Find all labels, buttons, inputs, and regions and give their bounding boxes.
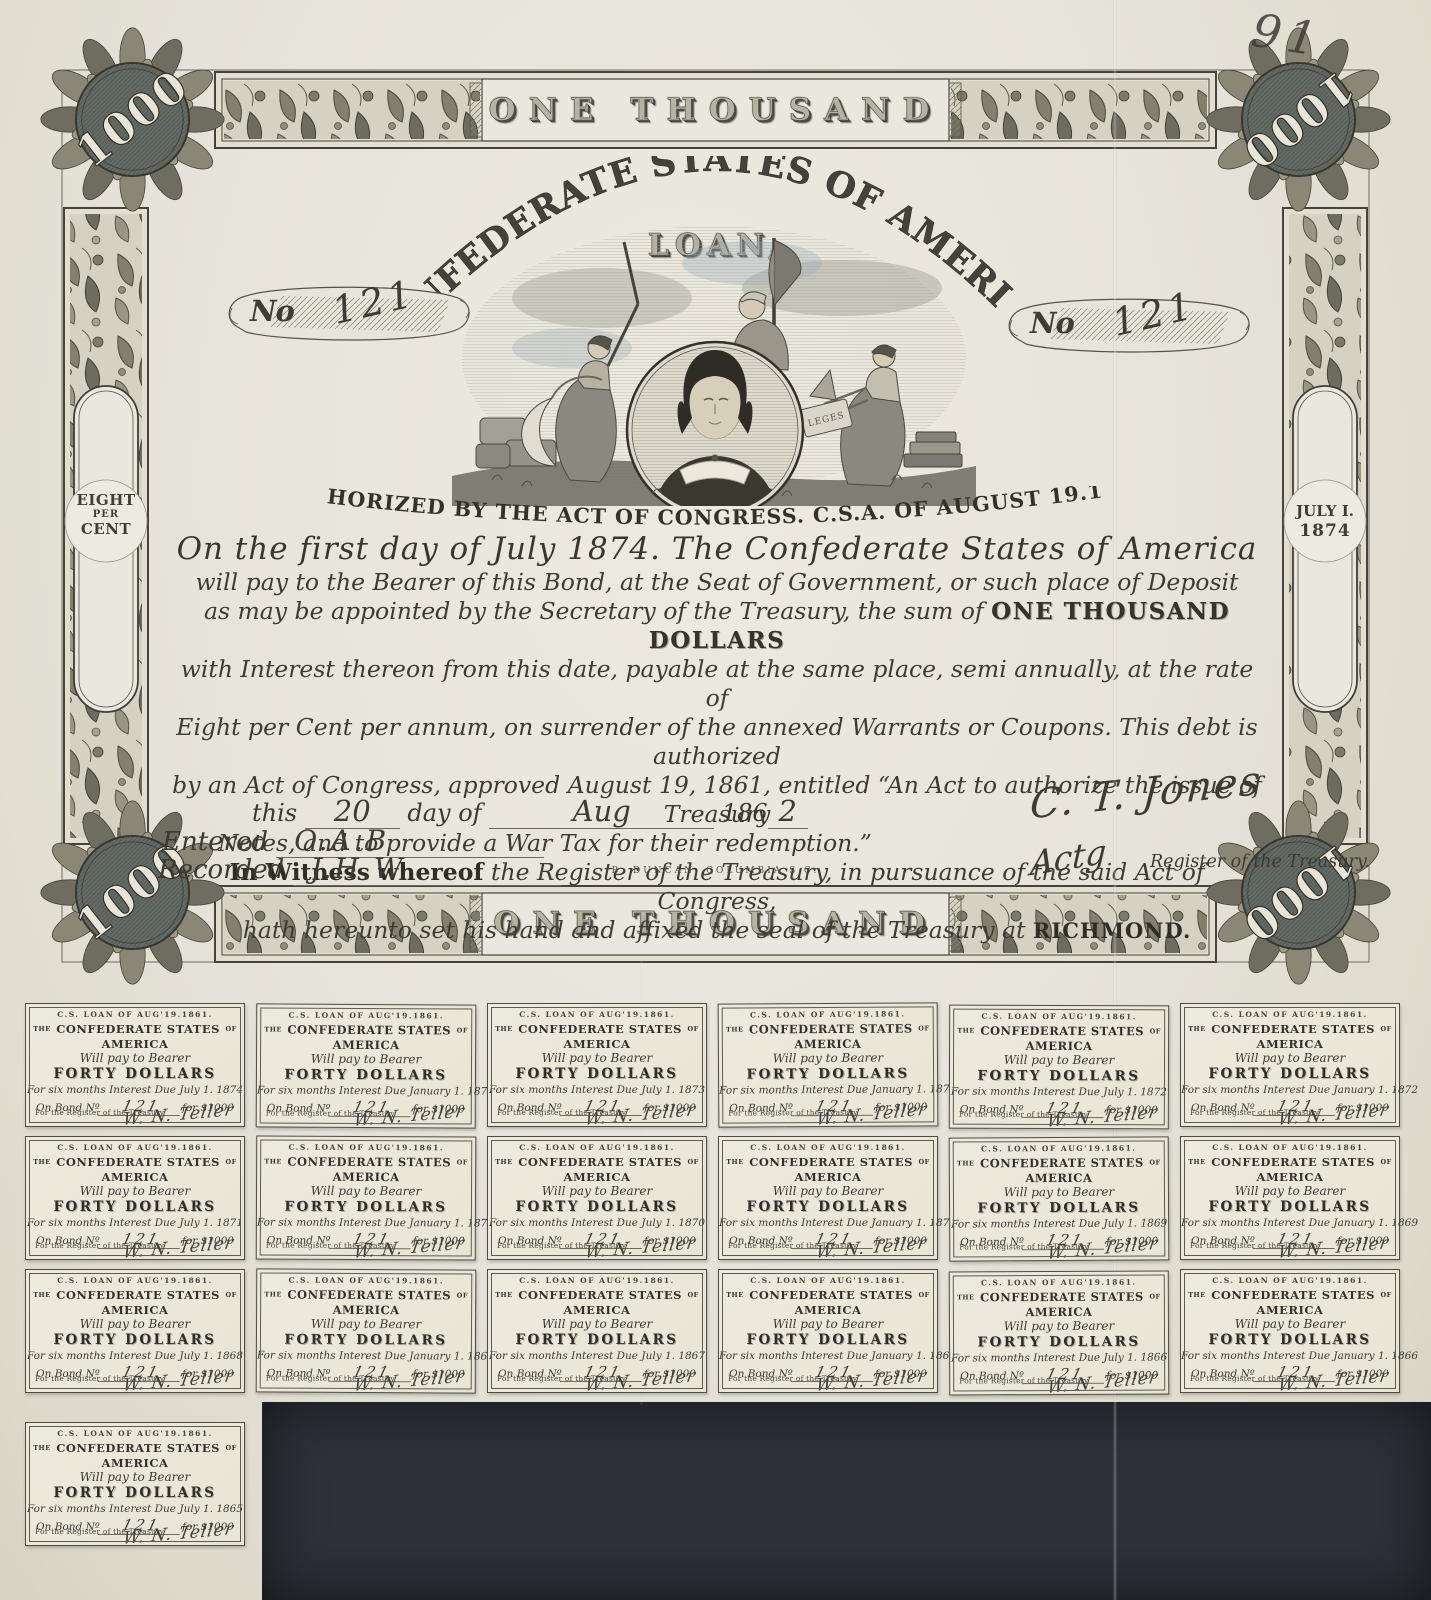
rate-line-3: CENT [74,521,138,538]
coupon: C.S. LOAN OF AUG'19.1861. THE CONFEDERAT… [487,1269,707,1393]
coupon-amount: FORTY DOLLARS [719,1332,937,1348]
coupon-title-end: AMERICA [333,1170,400,1184]
coupon-the: THE [726,1158,743,1166]
coupon-title-main: CONFEDERATE STATES [749,1288,913,1302]
coupon-amount: FORTY DOLLARS [257,1199,475,1216]
coupon-interest-line: For six months Interest Due July 1. 1867 [488,1350,706,1362]
obligation-line-2: will pay to the Bearer of this Bond, at … [172,568,1262,597]
coupon-interest-line: For six months Interest Due January 1. 1… [1181,1350,1399,1362]
coupon-pay-line: Will pay to Bearer [488,1184,706,1198]
coupon-title-end: AMERICA [1026,1039,1093,1053]
coupon-amount: FORTY DOLLARS [719,1065,937,1082]
coupon-interest-prefix: For six months Interest Due [489,1084,638,1096]
coupon-interest-prefix: For six months Interest Due [257,1349,406,1362]
coupon-title: THE CONFEDERATE STATES OF AMERICA [1181,1021,1399,1051]
authorized-text: AUTHORIZED BY THE ACT OF CONGRESS. C.S.A… [320,486,1104,530]
coupon-interest-prefix: For six months Interest Due [1181,1217,1330,1229]
obligation-line-3: as may be appointed by the Secretary of … [172,597,1262,655]
coupon-pay-line: Will pay to Bearer [26,1184,244,1198]
coupon-due-date: January 1. 1868 [409,1350,494,1362]
coupon-due-date: January 1. 1867 [871,1350,956,1362]
coupon-the: THE [957,1293,974,1301]
coupon-due-date: July 1. 1871 [179,1217,243,1229]
coupon-title-main: CONFEDERATE STATES [518,1155,682,1169]
coupon-due-date: July 1. 1865 [179,1503,243,1515]
coupon-interest-line: For six months Interest Due July 1. 1872 [950,1086,1168,1099]
year-printed: 186 [722,799,768,827]
coupon-the: THE [957,1159,974,1167]
coupon-title: THE CONFEDERATE STATES OF AMERICA [26,1440,244,1470]
coupon: C.S. LOAN OF AUG'19.1861. THE CONFEDERAT… [718,1002,939,1127]
coupon-interest-line: For six months Interest Due January 1. 1… [719,1350,937,1362]
coupon-pay-line: Will pay to Bearer [1181,1051,1399,1065]
coupon: C.S. LOAN OF AUG'19.1861. THE CONFEDERAT… [1180,1136,1400,1260]
coupon-of: OF [1149,1293,1160,1301]
coupon-the: THE [1188,1291,1205,1299]
coupon-due-date: July 1. 1870 [641,1217,705,1229]
coupon-pay-line: Will pay to Bearer [257,1051,475,1066]
coupon-amount: FORTY DOLLARS [488,1066,706,1082]
coupon-interest-prefix: For six months Interest Due [951,1218,1100,1231]
coupon-of: OF [457,1291,468,1299]
coupon-title-main: CONFEDERATE STATES [1211,1022,1375,1036]
coupon-title-main: CONFEDERATE STATES [56,1288,220,1302]
obligation-line-3-text: as may be appointed by the Secretary of … [204,597,984,625]
coupon-amount: FORTY DOLLARS [26,1485,244,1501]
coupon-interest-line: For six months Interest Due January 1. 1… [719,1083,937,1096]
coupon-amount: FORTY DOLLARS [1181,1066,1399,1082]
coupon-title-main: CONFEDERATE STATES [287,1023,451,1038]
coupon-interest-prefix: For six months Interest Due [951,1352,1100,1365]
coupon-of: OF [688,1291,699,1299]
coupon-interest-prefix: For six months Interest Due [719,1350,868,1362]
coupon-interest-line: For six months Interest Due January 1. 1… [1181,1084,1399,1096]
serial-plate-left: No 121 [222,274,477,358]
coupon-interest-line: For six months Interest Due July 1. 1874 [26,1084,244,1096]
coupon-interest-line: For six months Interest Due January 1. 1… [257,1349,475,1362]
coupon-amount: FORTY DOLLARS [488,1199,706,1215]
coupon: C.S. LOAN OF AUG'19.1861. THE CONFEDERAT… [718,1269,938,1393]
coupon-the: THE [1188,1158,1205,1166]
coupon-pay-line: Will pay to Bearer [26,1051,244,1065]
rate-line-1: EIGHT [74,492,138,509]
coupon: C.S. LOAN OF AUG'19.1861. THE CONFEDERAT… [256,1136,477,1261]
coupon-title-main: CONFEDERATE STATES [1211,1155,1375,1169]
coupon-header: C.S. LOAN OF AUG'19.1861. [719,1143,937,1152]
coupon: C.S. LOAN OF AUG'19.1861. THE CONFEDERAT… [487,1003,707,1127]
coupon-title-end: AMERICA [1025,1171,1092,1185]
coupon-title: THE CONFEDERATE STATES OF AMERICA [950,1154,1168,1185]
coupon-amount: FORTY DOLLARS [950,1199,1168,1216]
coupon-of: OF [688,1025,699,1033]
coupon-title-end: AMERICA [564,1037,631,1051]
coupon-the: THE [264,1158,281,1166]
coupon-title: THE CONFEDERATE STATES OF AMERICA [488,1287,706,1317]
coupon-title: THE CONFEDERATE STATES OF AMERICA [26,1021,244,1051]
coupon: C.S. LOAN OF AUG'19.1861. THE CONFEDERAT… [949,1271,1170,1396]
coupon-the: THE [264,1290,281,1298]
obligation-line-4: with Interest thereon from this date, pa… [172,655,1262,713]
coupon-interest-prefix: For six months Interest Due [27,1350,176,1362]
coupon-interest-prefix: For six months Interest Due [489,1350,638,1362]
coupon-interest-prefix: For six months Interest Due [1181,1350,1330,1362]
coupon-title-main: CONFEDERATE STATES [749,1155,913,1169]
obligation-line-1: On the first day of July 1874. The Confe… [172,530,1262,568]
coupon-header: C.S. LOAN OF AUG'19.1861. [488,1143,706,1152]
vignette-engraving: LEGES [452,208,976,506]
pencil-note: 91 [1248,3,1326,67]
coupon-interest-prefix: For six months Interest Due [257,1084,406,1097]
coupon-the: THE [495,1291,512,1299]
coupon-title-main: CONFEDERATE STATES [56,1022,220,1036]
day-of-label: day of [407,799,481,827]
coupon-title: THE CONFEDERATE STATES OF AMERICA [257,1021,475,1052]
coupon-header: C.S. LOAN OF AUG'19.1861. [26,1429,244,1438]
coupon-title-end: AMERICA [795,1170,862,1184]
coupon-amount: FORTY DOLLARS [950,1334,1168,1351]
svg-text:AUTHORIZED BY THE ACT OF CONGR: AUTHORIZED BY THE ACT OF CONGRESS. C.S.A… [320,486,1104,530]
coupon: C.S. LOAN OF AUG'19.1861. THE CONFEDERAT… [1180,1003,1400,1127]
coupon: C.S. LOAN OF AUG'19.1861. THE CONFEDERAT… [25,1422,245,1546]
day-handwritten: 20 [334,794,371,828]
coupon-the: THE [33,1025,50,1033]
coupon-title-main: CONFEDERATE STATES [287,1288,451,1303]
coupon-pay-line: Will pay to Bearer [1181,1317,1399,1331]
coupon-of: OF [918,1024,929,1032]
coupon-title: THE CONFEDERATE STATES OF AMERICA [950,1289,1168,1320]
coupon-pay-line: Will pay to Bearer [719,1184,937,1198]
coupon-amount: FORTY DOLLARS [719,1199,937,1215]
witness-line-2: hath hereunto set his hand and affixed t… [172,916,1262,945]
coupon-interest-line: For six months Interest Due July 1. 1873 [488,1084,706,1096]
this-label: this [252,799,297,827]
coupon-amount: FORTY DOLLARS [1181,1199,1399,1215]
coupon-amount: FORTY DOLLARS [488,1332,706,1348]
coupon-title-end: AMERICA [102,1303,169,1317]
serial-plate-right: No 121 [1002,286,1257,370]
coupon-due-date: January 1. 1874 [409,1085,494,1097]
coupon: C.S. LOAN OF AUG'19.1861. THE CONFEDERAT… [487,1136,707,1260]
corner-medallion-top-left: 1000 [41,28,224,211]
coupon-title-main: CONFEDERATE STATES [56,1155,220,1169]
coupon-due-date: January 1. 1866 [1333,1350,1418,1362]
coupon-the: THE [33,1291,50,1299]
coupon-header: C.S. LOAN OF AUG'19.1861. [257,1275,475,1285]
coupon-of: OF [457,1158,468,1166]
coupon-title-end: AMERICA [102,1456,169,1470]
coupon-amount: FORTY DOLLARS [257,1331,475,1348]
coupon-header: C.S. LOAN OF AUG'19.1861. [1181,1276,1399,1285]
coupon-interest-prefix: For six months Interest Due [951,1086,1100,1099]
coupon-title-end: AMERICA [333,1038,400,1052]
scanned-bond-photo: 1000 1000 1000 1000 ONE THOUSAND ONE THO… [0,0,1431,1600]
coupon-pay-line: Will pay to Bearer [488,1317,706,1331]
coupon-header: C.S. LOAN OF AUG'19.1861. [488,1010,706,1019]
coupon-title: THE CONFEDERATE STATES OF AMERICA [26,1154,244,1184]
coupon-of: OF [226,1444,237,1452]
coupon-header: C.S. LOAN OF AUG'19.1861. [26,1276,244,1285]
coupon-interest-prefix: For six months Interest Due [719,1084,868,1097]
coupon: C.S. LOAN OF AUG'19.1861. THE CONFEDERAT… [25,1003,245,1127]
obligation-line-5: Eight per Cent per annum, on surrender o… [172,713,1262,771]
coupon-the: THE [1188,1025,1205,1033]
coupon-title-end: AMERICA [564,1303,631,1317]
coupon-pay-line: Will pay to Bearer [488,1051,706,1065]
coupon-pay-line: Will pay to Bearer [26,1470,244,1484]
coupon-due-date: January 1. 1871 [409,1217,494,1229]
coupon-due-date: January 1. 1873 [872,1083,957,1096]
coupon-pay-line: Will pay to Bearer [26,1317,244,1331]
coupon: C.S. LOAN OF AUG'19.1861. THE CONFEDERAT… [256,1268,477,1393]
coupon-pay-line: Will pay to Bearer [719,1050,937,1065]
coupon-due-date: July 1. 1874 [179,1084,243,1096]
coupon-header: C.S. LOAN OF AUG'19.1861. [950,1143,1168,1153]
coupon-of: OF [457,1026,468,1034]
coupon-title-main: CONFEDERATE STATES [749,1021,913,1036]
year-handwritten: 2 [778,794,796,828]
coupon: C.S. LOAN OF AUG'19.1861. THE CONFEDERAT… [25,1136,245,1260]
coupon-due-date: January 1. 1870 [871,1217,956,1229]
coupon-interest-prefix: For six months Interest Due [489,1217,638,1229]
coupon-due-date: January 1. 1872 [1333,1084,1418,1096]
coupon-interest-prefix: For six months Interest Due [27,1217,176,1229]
coupon-of: OF [1381,1291,1392,1299]
coupon-amount: FORTY DOLLARS [26,1199,244,1215]
richmond-label: RICHMOND. [1033,918,1191,943]
witness-line-2-text: hath hereunto set his hand and affixed t… [243,916,1026,944]
coupon-pay-line: Will pay to Bearer [719,1317,937,1331]
coupon-the: THE [726,1026,743,1034]
coupon-pay-line: Will pay to Bearer [1181,1184,1399,1198]
coupon-interest-line: For six months Interest Due July 1. 1865 [26,1503,244,1515]
coupon-title: THE CONFEDERATE STATES OF AMERICA [719,1020,937,1051]
coupon: C.S. LOAN OF AUG'19.1861. THE CONFEDERAT… [949,1136,1170,1261]
rate-oval: EIGHT PER CENT [74,492,138,538]
portrait-medallion [627,342,803,506]
coupon-title: THE CONFEDERATE STATES OF AMERICA [1181,1154,1399,1184]
coupon-header: C.S. LOAN OF AUG'19.1861. [26,1143,244,1152]
coupon-of: OF [226,1025,237,1033]
coupon-the: THE [264,1025,281,1033]
coupon-title: THE CONFEDERATE STATES OF AMERICA [257,1286,475,1317]
coupon-the: THE [33,1444,50,1452]
coupon-header: C.S. LOAN OF AUG'19.1861. [488,1276,706,1285]
coupon-interest-line: For six months Interest Due January 1. 1… [1181,1217,1399,1229]
coupon-title: THE CONFEDERATE STATES OF AMERICA [950,1023,1168,1054]
coupon-interest-prefix: For six months Interest Due [1181,1084,1330,1096]
coupon-pay-line: Will pay to Bearer [950,1184,1168,1199]
coupon-interest-prefix: For six months Interest Due [27,1503,176,1515]
coupon-the: THE [957,1027,974,1035]
coupon-title-end: AMERICA [795,1303,862,1317]
coupon-interest-line: For six months Interest Due July 1. 1866 [950,1352,1168,1365]
coupon-title-end: AMERICA [794,1037,861,1051]
coupon-of: OF [919,1158,930,1166]
coupon-title-main: CONFEDERATE STATES [980,1024,1144,1039]
printer-imprint: B. DUNCAN, COLUMBIA S.C. [0,866,1431,876]
maturity-line-1: JULY I. [1293,502,1357,521]
coupon-title-main: CONFEDERATE STATES [518,1288,682,1302]
top-banner-label: ONE THOUSAND [484,84,947,136]
coupon-title: THE CONFEDERATE STATES OF AMERICA [1181,1287,1399,1317]
coupon-amount: FORTY DOLLARS [26,1066,244,1082]
coupon-title-main: CONFEDERATE STATES [518,1022,682,1036]
coupon-title-end: AMERICA [1025,1305,1092,1319]
coupon-title: THE CONFEDERATE STATES OF AMERICA [26,1287,244,1317]
coupon: C.S. LOAN OF AUG'19.1861. THE CONFEDERAT… [718,1136,938,1260]
serial-number-label: No [250,294,294,328]
coupon-header: C.S. LOAN OF AUG'19.1861. [26,1010,244,1019]
coupon-due-date: July 1. 1868 [179,1350,243,1362]
coupon-title: THE CONFEDERATE STATES OF AMERICA [719,1154,937,1184]
coupon-amount: FORTY DOLLARS [257,1066,475,1083]
coupon-amount: FORTY DOLLARS [950,1068,1168,1085]
coupon-title-end: AMERICA [564,1170,631,1184]
coupon-due-date: July 1. 1869 [1103,1217,1167,1229]
coupon-title: THE CONFEDERATE STATES OF AMERICA [719,1287,937,1317]
coupon-title: THE CONFEDERATE STATES OF AMERICA [488,1154,706,1184]
month-handwritten: Aug [573,794,631,828]
coupon-due-date: January 1. 1869 [1333,1217,1418,1229]
maturity-line-2: 1874 [1293,521,1357,541]
coupon-title-end: AMERICA [102,1037,169,1051]
coupon-amount: FORTY DOLLARS [26,1332,244,1348]
coupon-interest-prefix: For six months Interest Due [719,1217,868,1229]
coupon-title-main: CONFEDERATE STATES [980,1156,1144,1171]
coupon-of: OF [1381,1158,1392,1166]
coupon-of: OF [226,1158,237,1166]
serial-number-label: No [1030,306,1074,340]
coupon-header: C.S. LOAN OF AUG'19.1861. [950,1278,1168,1288]
coupon-amount: FORTY DOLLARS [1181,1332,1399,1348]
coupon-interest-line: For six months Interest Due July 1. 1868 [26,1350,244,1362]
coupon-of: OF [688,1158,699,1166]
coupon-due-date: July 1. 1866 [1103,1352,1167,1364]
coupon-header: C.S. LOAN OF AUG'19.1861. [257,1143,475,1153]
coupon-due-date: July 1. 1867 [641,1350,705,1362]
maturity-oval: JULY I. 1874 [1293,502,1357,541]
coupon-title-main: CONFEDERATE STATES [56,1441,220,1455]
coupon-header: C.S. LOAN OF AUG'19.1861. [257,1010,475,1020]
coupon-interest-line: For six months Interest Due January 1. 1… [257,1084,475,1097]
coupon-title-end: AMERICA [1257,1037,1324,1051]
coupon-title: THE CONFEDERATE STATES OF AMERICA [488,1021,706,1051]
coupon-due-date: July 1. 1872 [1103,1086,1167,1098]
coupon-interest-line: For six months Interest Due July 1. 1871 [26,1217,244,1229]
coupon-of: OF [1150,1027,1161,1035]
coupon-title-main: CONFEDERATE STATES [1211,1288,1375,1302]
coupon-the: THE [726,1291,743,1299]
coupon-interest-prefix: For six months Interest Due [27,1084,176,1096]
coupon-interest-line: For six months Interest Due July 1. 1870 [488,1217,706,1229]
coupon-interest-prefix: For six months Interest Due [257,1217,406,1230]
coupon-title-end: AMERICA [102,1170,169,1184]
coupons-grid: C.S. LOAN OF AUG'19.1861. THE CONFEDERAT… [25,1003,1415,1546]
coupon-title-main: CONFEDERATE STATES [287,1155,451,1170]
coupon-pay-line: Will pay to Bearer [950,1319,1168,1334]
coupon-of: OF [226,1291,237,1299]
coupon-header: C.S. LOAN OF AUG'19.1861. [950,1012,1168,1022]
coupon-title-end: AMERICA [333,1303,400,1317]
coupon-the: THE [495,1158,512,1166]
coupon: C.S. LOAN OF AUG'19.1861. THE CONFEDERAT… [949,1005,1169,1130]
coupon-title-main: CONFEDERATE STATES [980,1290,1144,1305]
coupon: C.S. LOAN OF AUG'19.1861. THE CONFEDERAT… [25,1269,245,1393]
coupon-title-end: AMERICA [1257,1170,1324,1184]
coupon-pay-line: Will pay to Bearer [257,1184,475,1199]
coupon-header: C.S. LOAN OF AUG'19.1861. [1181,1143,1399,1152]
coupon-header: C.S. LOAN OF AUG'19.1861. [719,1276,937,1285]
coupon-interest-line: For six months Interest Due January 1. 1… [257,1217,475,1230]
coupon-pay-line: Will pay to Bearer [950,1053,1168,1068]
coupon: C.S. LOAN OF AUG'19.1861. THE CONFEDERAT… [256,1003,477,1128]
bond-certificate: 1000 1000 1000 1000 ONE THOUSAND ONE THO… [0,0,1431,1000]
coupon-pay-line: Will pay to Bearer [257,1316,475,1331]
coupon-the: THE [33,1158,50,1166]
coupon-of: OF [919,1291,930,1299]
coupon-header: C.S. LOAN OF AUG'19.1861. [1181,1010,1399,1019]
coupon-of: OF [1149,1158,1160,1166]
coupon-the: THE [495,1025,512,1033]
coupon-due-date: July 1. 1873 [641,1084,705,1096]
coupon-title: THE CONFEDERATE STATES OF AMERICA [257,1154,475,1185]
coupon-interest-line: For six months Interest Due July 1. 1869 [950,1217,1168,1230]
coupon-of: OF [1381,1025,1392,1033]
coupon-header: C.S. LOAN OF AUG'19.1861. [719,1009,937,1019]
coupon: C.S. LOAN OF AUG'19.1861. THE CONFEDERAT… [1180,1269,1400,1393]
coupon-title-end: AMERICA [1257,1303,1324,1317]
coupon-interest-line: For six months Interest Due January 1. 1… [719,1217,937,1229]
